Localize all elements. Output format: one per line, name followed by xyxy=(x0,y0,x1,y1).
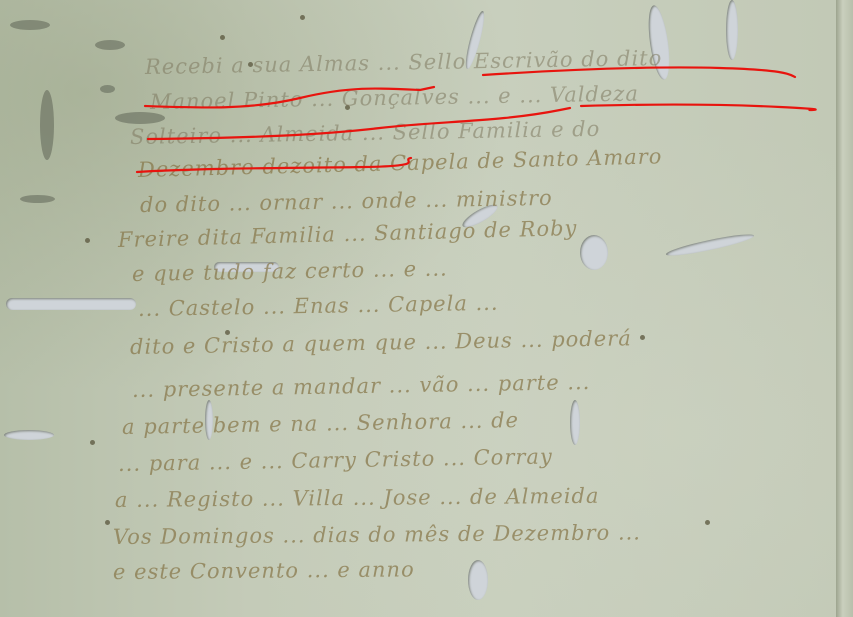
manuscript-line: Solteiro ... Almeida ... Sello Familia e… xyxy=(130,117,601,149)
ink-speck xyxy=(640,335,645,340)
paper-hole xyxy=(665,231,755,259)
manuscript-line: ... presente a mandar ... vão ... parte … xyxy=(132,370,591,402)
paper-hole xyxy=(4,430,54,440)
paper-hole xyxy=(570,400,580,445)
manuscript-line: Vos Domingos ... dias do mês de Dezembro… xyxy=(113,520,641,549)
manuscript-line: e este Convento ... e anno xyxy=(113,557,415,584)
ink-speck xyxy=(220,35,225,40)
ink-speck xyxy=(705,520,710,525)
ink-speck xyxy=(90,440,95,445)
paper-hole xyxy=(726,0,738,60)
paper-hole xyxy=(580,235,608,270)
water-stain xyxy=(40,90,54,160)
water-stain xyxy=(100,85,115,93)
manuscript-line: Freire dita Familia ... Santiago de Roby xyxy=(118,216,578,252)
manuscript-line: Manoel Pinto ... Gonçalves ... e ... Val… xyxy=(150,81,639,114)
manuscript-page: Recebi a sua Almas ... Sello Escrivão do… xyxy=(0,0,836,617)
ink-speck xyxy=(105,520,110,525)
manuscript-line: Dezembro dezoito da Capela de Santo Amar… xyxy=(138,144,663,182)
paper-hole xyxy=(6,298,136,310)
manuscript-line: e que tudo faz certo ... e ... xyxy=(132,256,448,286)
page-binding-edge xyxy=(836,0,853,617)
manuscript-line: a ... Registo ... Villa ... Jose ... de … xyxy=(115,484,600,512)
water-stain xyxy=(10,20,50,30)
manuscript-line: ... para ... e ... Carry Cristo ... Corr… xyxy=(118,444,553,476)
ink-speck xyxy=(85,238,90,243)
manuscript-line: ... Castelo ... Enas ... Capela ... xyxy=(138,291,499,321)
manuscript-line: dito e Cristo a quem que ... Deus ... po… xyxy=(130,326,632,359)
paper-hole xyxy=(468,560,488,600)
ink-speck xyxy=(300,15,305,20)
manuscript-line: Recebi a sua Almas ... Sello Escrivão do… xyxy=(145,46,663,79)
manuscript-line: a parte bem e na ... Senhora ... de xyxy=(122,408,519,439)
water-stain xyxy=(20,195,55,203)
water-stain xyxy=(95,40,125,50)
